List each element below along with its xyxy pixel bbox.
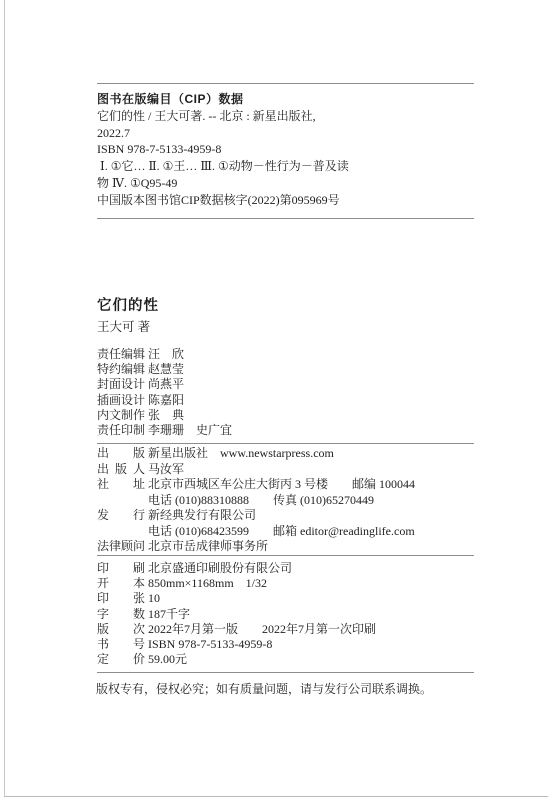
credits-value: 赵慧莹 (148, 362, 184, 376)
credits-value: 李珊珊 史广宜 (148, 423, 232, 437)
credits-label: 插画设计 (97, 393, 145, 408)
printing-row: 开本850mm×1168mm 1/32 (97, 576, 376, 591)
publisher-label: 出版人 (97, 462, 145, 478)
cip-data-block: 图书在版编目（CIP）数据 它们的性 / 王大可著. -- 北京 : 新星出版社… (97, 91, 349, 209)
publisher-row: 法律顾问北京市岳成律师事务所 (97, 539, 415, 555)
page-bottom-edge (4, 796, 548, 797)
publisher-label: 社址 (97, 477, 145, 493)
divider-below-cip (97, 218, 474, 219)
publisher-row: 社址北京市西城区车公庄大街丙 3 号楼 邮编 100044 (97, 477, 415, 493)
credits-row: 内文制作张 典 (97, 408, 232, 423)
printing-label: 开本 (97, 576, 145, 591)
publisher-row: 出版人马汝军 (97, 462, 415, 478)
printing-row: 书号ISBN 978-7-5133-4959-8 (97, 637, 376, 652)
publisher-value: 马汝军 (148, 462, 184, 476)
publisher-row: 发行新经典发行有限公司 (97, 508, 415, 524)
credits-row: 封面设计尚燕平 (97, 377, 232, 392)
printing-label: 书号 (97, 637, 145, 652)
printing-value: ISBN 978-7-5133-4959-8 (148, 637, 272, 651)
printing-row: 定价59.00元 (97, 652, 376, 667)
publisher-row: 电话 (010)68423599 邮箱 editor@readinglife.c… (97, 524, 415, 540)
printing-value: 10 (148, 591, 160, 605)
divider-above-footer (97, 672, 474, 673)
publisher-value: 电话 (010)68423599 邮箱 editor@readinglife.c… (148, 524, 415, 538)
cip-header: 图书在版编目（CIP）数据 (97, 91, 349, 108)
publisher-label: 出版 (97, 446, 145, 462)
book-author: 王大可 著 (97, 317, 150, 335)
cip-line: 2022.7 (97, 125, 349, 142)
credits-row: 责任印制李珊珊 史广宜 (97, 423, 232, 438)
credits-row: 特约编辑赵慧莹 (97, 362, 232, 377)
publisher-value: 北京市西城区车公庄大街丙 3 号楼 邮编 100044 (148, 477, 415, 491)
book-title: 它们的性 (97, 294, 159, 315)
cip-line: 它们的性 / 王大可著. -- 北京 : 新星出版社, (97, 108, 349, 125)
publisher-block: 出版新星出版社 www.newstarpress.com 出版人马汝军 社址北京… (97, 446, 415, 555)
credits-row: 插画设计陈嘉阳 (97, 393, 232, 408)
credits-row: 责任编辑汪 欣 (97, 347, 232, 362)
cip-classification-line: 物 Ⅳ. ①Q95-49 (97, 175, 349, 192)
publisher-value: 新经典发行有限公司 (148, 508, 256, 522)
page-left-edge (4, 0, 5, 797)
copyright-notice: 版权专有，侵权必究；如有质量问题，请与发行公司联系调换。 (96, 680, 432, 697)
credits-value: 汪 欣 (148, 347, 184, 361)
printing-value: 187千字 (148, 607, 190, 621)
printing-value: 850mm×1168mm 1/32 (148, 576, 267, 590)
publisher-row: 出版新星出版社 www.newstarpress.com (97, 446, 415, 462)
credits-value: 陈嘉阳 (148, 393, 184, 407)
publisher-label: 发行 (97, 508, 145, 524)
credits-label: 特约编辑 (97, 362, 145, 377)
printing-label: 印张 (97, 591, 145, 606)
printing-value: 北京盛通印刷股份有限公司 (148, 561, 292, 575)
printing-value: 2022年7月第一版 2022年7月第一次印刷 (148, 622, 376, 636)
printing-label: 字数 (97, 607, 145, 622)
printing-label: 印刷 (97, 561, 145, 576)
printing-row: 字数187千字 (97, 607, 376, 622)
divider-top (97, 83, 474, 84)
credits-label: 封面设计 (97, 377, 145, 392)
printing-row: 印张10 (97, 591, 376, 606)
printing-block: 印刷北京盛通印刷股份有限公司 开本850mm×1168mm 1/32 印张10 … (97, 561, 376, 667)
cip-registry-number: 中国版本图书馆CIP数据核字(2022)第095969号 (97, 192, 349, 209)
credits-block: 责任编辑汪 欣 特约编辑赵慧莹 封面设计尚燕平 插画设计陈嘉阳 内文制作张 典 … (97, 347, 232, 438)
credits-value: 张 典 (148, 408, 184, 422)
credits-label: 内文制作 (97, 408, 145, 423)
cip-isbn-line: ISBN 978-7-5133-4959-8 (97, 141, 349, 158)
credits-label: 责任印制 (97, 423, 145, 438)
cip-classification-line: Ⅰ. ①它… Ⅱ. ①王… Ⅲ. ①动物－性行为－普及读 (97, 158, 349, 175)
printing-label: 版次 (97, 622, 145, 637)
printing-value: 59.00元 (148, 652, 187, 666)
publisher-label: 法律顾问 (97, 539, 145, 555)
publisher-value: 新星出版社 www.newstarpress.com (148, 446, 334, 460)
credits-label: 责任编辑 (97, 347, 145, 362)
credits-value: 尚燕平 (148, 377, 184, 391)
printing-label: 定价 (97, 652, 145, 667)
publisher-row: 电话 (010)88310888 传真 (010)65270449 (97, 493, 415, 509)
printing-row: 版次2022年7月第一版 2022年7月第一次印刷 (97, 622, 376, 637)
publisher-value: 电话 (010)88310888 传真 (010)65270449 (148, 493, 374, 507)
publisher-value: 北京市岳成律师事务所 (148, 539, 268, 553)
divider-above-publisher (97, 443, 474, 444)
printing-row: 印刷北京盛通印刷股份有限公司 (97, 561, 376, 576)
divider-above-printing (97, 555, 474, 556)
